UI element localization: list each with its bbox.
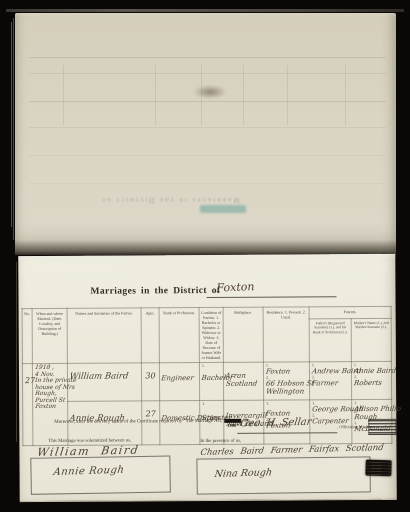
bride-father-cell: 1. George Rough 2. Carpenter <box>310 400 352 444</box>
signature-box-bride: Annie Rough <box>30 455 171 494</box>
ink-smudge <box>193 85 227 99</box>
bride-signature: Annie Rough <box>53 465 125 478</box>
ghost-line <box>29 73 386 74</box>
register-page: Marriages in the District of Foxton No. … <box>18 254 396 502</box>
witness2-signature: Nina Rough <box>214 467 273 480</box>
show-through-text: Marriages in the District of <box>45 196 295 204</box>
ink-stamp <box>365 460 391 477</box>
ghost-line <box>63 65 64 125</box>
ghost-line <box>345 65 346 125</box>
header-parents: Parents. <box>309 306 391 319</box>
groom-residence-cell: 1. Foxton 2. 66 Hobson St Wellington <box>263 362 309 400</box>
groom-rank-cell: Engineer <box>159 363 199 401</box>
groom-father-cell: 1. Andrew Baird 2. Farmer <box>309 362 351 400</box>
header-rank: Rank or Profession. <box>159 308 199 363</box>
upper-page: Marriages in the District of <box>15 13 396 255</box>
ghost-line <box>243 65 244 125</box>
page-stack-edge <box>11 22 12 227</box>
page-stack-edge <box>16 262 17 442</box>
table-row-groom: 27 1918 , 4 Nov. In the private house of… <box>22 361 391 401</box>
groom-age-cell: 30 <box>141 363 159 401</box>
ghost-line <box>29 183 386 184</box>
certificate-statement: Moreover, after the delivery to me of th… <box>54 419 248 429</box>
minister-signature: Geo. H. Sellar <box>239 417 312 430</box>
ghost-line <box>155 65 156 125</box>
ghost-line <box>29 57 386 58</box>
district-name-handwritten: Foxton <box>216 280 254 295</box>
entry-number: 27 <box>22 364 33 446</box>
header-birthplace: Birthplace. <box>223 307 263 362</box>
teal-ink-mark <box>200 205 246 213</box>
ghost-line <box>29 101 386 102</box>
minister-stamp <box>368 419 396 435</box>
when-where-cell: 1918 , 4 Nov. In the private house of Mr… <box>32 363 68 445</box>
header-father: Father's (Registered Surname) (1.), and … <box>309 319 351 362</box>
header-no: No. <box>22 309 32 364</box>
groom-mother-cell: 1. Annie Baird 2. Roberts <box>351 361 391 399</box>
groom-condition-cell: 1. Bachelor <box>199 362 223 400</box>
book-scan: Marriages in the District of Marriages i… <box>0 0 410 512</box>
groom-birthplace-cell: Arran Scotland <box>223 362 263 400</box>
certificate-text: Moreover, after the delivery to me of th… <box>54 419 222 425</box>
title-underline <box>207 296 337 298</box>
header-mother: Mother's Name (1.), and Maiden Surname (… <box>351 318 391 361</box>
ghost-line <box>29 127 386 128</box>
header-residence: Residence. 1. Present. 2. Usual. <box>263 307 309 362</box>
page-title: Marriages in the District of <box>90 286 220 297</box>
header-names: Names and Surnames of the Parties. <box>67 308 141 363</box>
groom-name-cell: William Baird <box>67 363 141 401</box>
header-condition: Condition of Parties. 1. Bachelor or Spi… <box>199 307 223 362</box>
page-stack-edge <box>13 18 14 240</box>
ghost-line <box>29 155 386 156</box>
signature-box-witness2: Nina Rough <box>196 456 370 494</box>
header-ages: Ages. <box>141 308 159 363</box>
header-when-where: When and where Married. (Date, Locality,… <box>32 308 67 363</box>
presence-label: In the presence of us, <box>200 439 241 444</box>
ghost-line <box>287 65 288 125</box>
book-top-edge <box>6 9 404 12</box>
